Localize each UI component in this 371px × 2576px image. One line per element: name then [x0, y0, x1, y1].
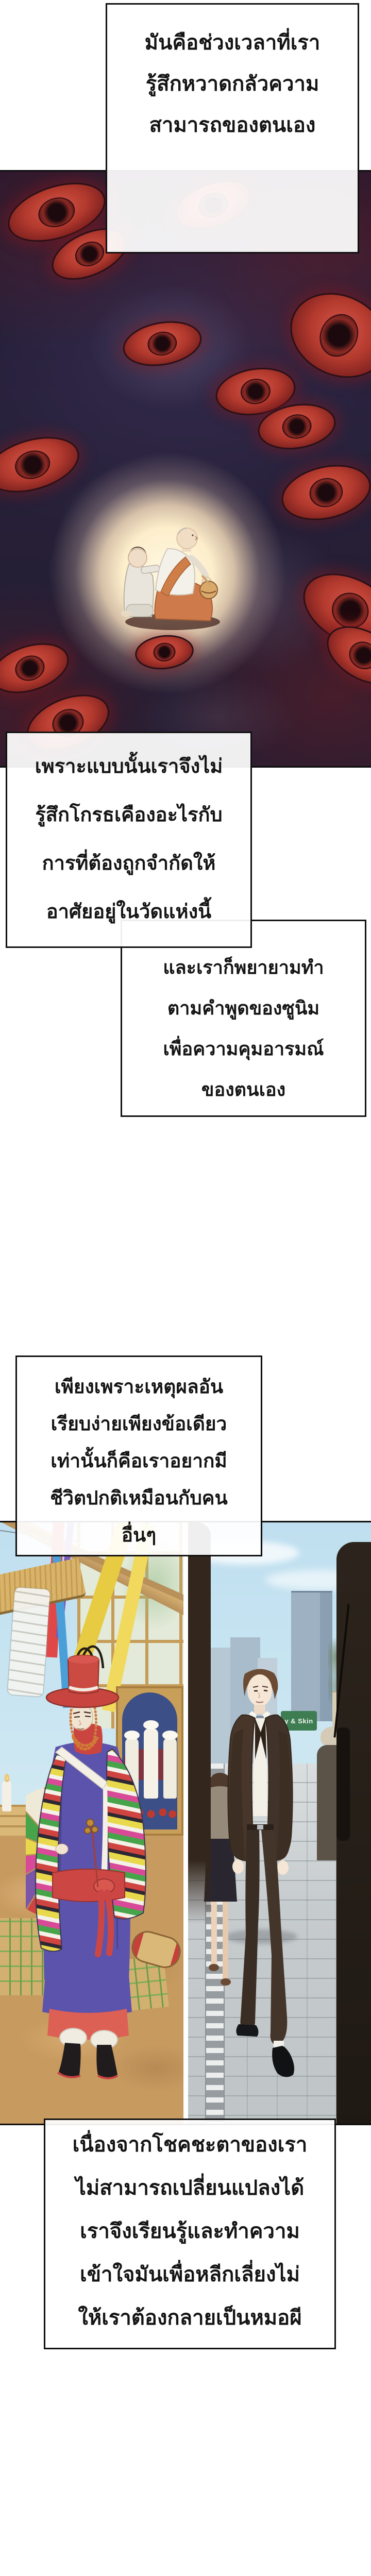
- caption-line: สามารถของตนเอง: [107, 105, 358, 146]
- caption-line: ของตนเอง: [122, 1069, 365, 1110]
- caption-line: เราจึงเรียนรู้และทำความ: [45, 2210, 334, 2253]
- foreground-silhouette-right: [336, 1542, 371, 2124]
- red-underskirt: [47, 2009, 129, 2040]
- caption-box-1: มันคือช่วงเวลาที่เรา รู้สึกหวาดกลัวความ …: [106, 3, 359, 253]
- suit-man: [224, 1667, 312, 2099]
- boy-figure: [121, 547, 160, 617]
- candle-left: [2, 1782, 11, 1811]
- foreground-silhouette-left: [188, 1522, 211, 1924]
- panel-street-scene: y & Skin: [0, 1521, 371, 2125]
- shaman-face: [70, 1704, 93, 1730]
- panel-gutter: [183, 1522, 188, 2124]
- black-boot: [96, 2045, 117, 2077]
- monk-figure: [155, 528, 217, 621]
- caption-line: ไม่สามารถเปลี่ยนแปลงได้: [45, 2166, 334, 2210]
- shoe-flat: [236, 2024, 258, 2037]
- caption-line: เพียงเพราะเหตุผลอัน: [17, 1368, 261, 1405]
- caption-line: รู้สึกโกรธเคืองอะไรกับ: [7, 791, 250, 839]
- demon-eye: [0, 634, 75, 702]
- caption-line: เข้าใจมันเพื่อหลีกเลี่ยงไม่: [45, 2253, 334, 2296]
- caption-box-3: และเราก็พยายามทำ ตามคำพูดของซูนิม เพื่อค…: [121, 920, 366, 1117]
- traditional-scene: [0, 1522, 183, 2124]
- caption-line: มันคือช่วงเวลาที่เรา: [107, 22, 358, 63]
- monk-and-boy-figures: [100, 481, 224, 635]
- caption-line: เพื่อความคุมอารมณ์: [122, 1028, 365, 1069]
- caption-line: เนื่องจากโชคชะตาของเรา: [45, 2123, 334, 2166]
- caption-box-5: เนื่องจากโชคชะตาของเรา ไม่สามารถเปลี่ยนแ…: [44, 2119, 336, 2349]
- caption-line: ให้เราต้องกลายเป็นหมอผี: [45, 2296, 334, 2340]
- caption-line: อาศัยอยู่ในวัดแห่งนี้: [7, 888, 250, 936]
- caption-line: และเราก็พยายามทำ: [122, 947, 365, 988]
- caption-line: เท่านั้นก็คือเราอยากมี: [17, 1443, 261, 1480]
- modern-street-scene: y & Skin: [188, 1522, 371, 2124]
- caption-line: เรียบง่ายเพียงข้อเดียว: [17, 1405, 261, 1443]
- caption-box-2: เพราะแบบนั้นเราจึงไม่ รู้สึกโกรธเคืองอะไ…: [6, 732, 252, 948]
- panel-temple-vision: [0, 170, 371, 768]
- caption-line: ตามคำพูดของซูนิม: [122, 988, 365, 1028]
- black-boot: [59, 2043, 81, 2077]
- webtoon-page: y & Skin: [0, 0, 371, 2576]
- caption-line: เพราะแบบนั้นเราจึงไม่: [7, 742, 250, 791]
- shoe-forward: [272, 2046, 294, 2077]
- caption-line: การที่ต้องถูกจำกัดให้: [7, 839, 250, 888]
- shaman-figure: [26, 1619, 180, 2093]
- caption-line: ชีวิตปกติเหมือนกับคน: [17, 1480, 261, 1517]
- caption-box-4: เพียงเพราะเหตุผลอัน เรียบง่ายเพียงข้อเดี…: [15, 1355, 262, 1556]
- face: [247, 1674, 272, 1706]
- candle-flame: [5, 1774, 9, 1782]
- caption-line: รู้สึกหวาดกลัวความ: [107, 63, 358, 105]
- caption-line: อื่นๆ: [17, 1517, 261, 1554]
